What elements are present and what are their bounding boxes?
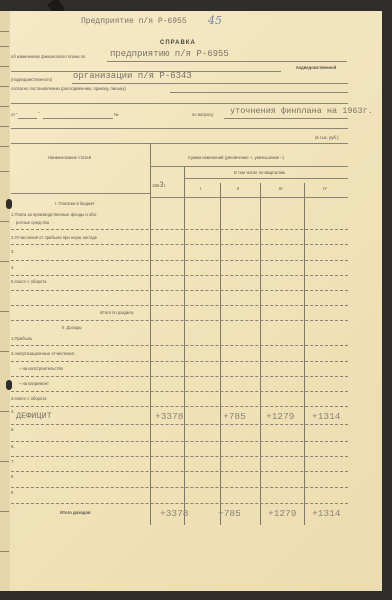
- binding-ticks: [0, 0, 12, 600]
- line3-label: согласно постановлению (распоряжению, пр…: [11, 86, 126, 91]
- quarter-3: III: [279, 186, 283, 191]
- line4-question-value: уточнения финплана на 1963г.: [230, 106, 373, 116]
- row-turnover-tax-2: 3.Налог с оборота: [11, 396, 46, 401]
- right-label-subordinate: подведомственной: [296, 65, 336, 70]
- deficit-year: +3378: [155, 411, 184, 422]
- header-enterprise: Предприятие п/я Р-6955: [81, 17, 187, 26]
- line2-label: (подведомственного): [11, 77, 52, 82]
- quarters-header: В том числе по кварталам: [234, 170, 285, 175]
- handwritten-page-mark: 45: [208, 14, 222, 27]
- document-page: Предприятие п/я Р-6955 45 СПРАВКА об изм…: [10, 11, 382, 591]
- total-q2: +785: [218, 508, 241, 519]
- row-capital-repair: – на капремонт: [19, 381, 49, 386]
- deficit-q4: +1314: [312, 411, 341, 422]
- line1-value: предприятию п/я Р-6955: [110, 49, 229, 59]
- total-year: +3378: [160, 508, 189, 519]
- line4-prefix: от ": [11, 112, 18, 117]
- section1-total: Итого по разделу: [100, 310, 134, 315]
- quarter-2: II: [237, 186, 239, 191]
- line4-number-sign: №: [114, 112, 119, 117]
- deficit-label: ДЕФИЦИТ: [16, 411, 52, 421]
- deficit-q2: +785: [223, 411, 246, 422]
- section2-title: II. Доходы: [62, 325, 82, 330]
- document-title: СПРАВКА: [160, 40, 196, 46]
- row-amortization: 2.Амортизационные отчисления:: [11, 351, 75, 356]
- units-label: (в тыс. руб.): [315, 135, 339, 140]
- col-header-name: Наименование статей: [48, 155, 91, 160]
- line2-value: организации п/я Р-6343: [73, 71, 192, 81]
- section1-title: I. Платежи в бюджет: [55, 201, 95, 206]
- line1-label: об изменениях финансового плана по: [11, 54, 85, 59]
- year-label: 1963г.: [152, 181, 166, 190]
- quarter-1: I: [200, 186, 201, 191]
- deficit-q3: +1279: [266, 411, 295, 422]
- row-profit: 1.Прибыль: [11, 336, 32, 341]
- col-header-sum: Сумма изменений (увеличение +, уменьшени…: [188, 155, 284, 160]
- total-q4: +1314: [312, 508, 341, 519]
- row-profit-deductions: 2.Отчисления от прибыли при норм. методе: [11, 235, 97, 240]
- line4-question-label: по вопросу: [192, 112, 213, 117]
- row-capital-construction: – на капстроительство: [19, 366, 63, 371]
- row-turnover-tax: 5.Налог с оборота: [11, 279, 46, 284]
- total-income-label: Итого доходов: [60, 510, 91, 515]
- quarter-4: IУ: [323, 186, 327, 191]
- total-q3: +1279: [268, 508, 297, 519]
- row-production-funds: 1.Плата за производственные фонды и обо-: [11, 212, 97, 217]
